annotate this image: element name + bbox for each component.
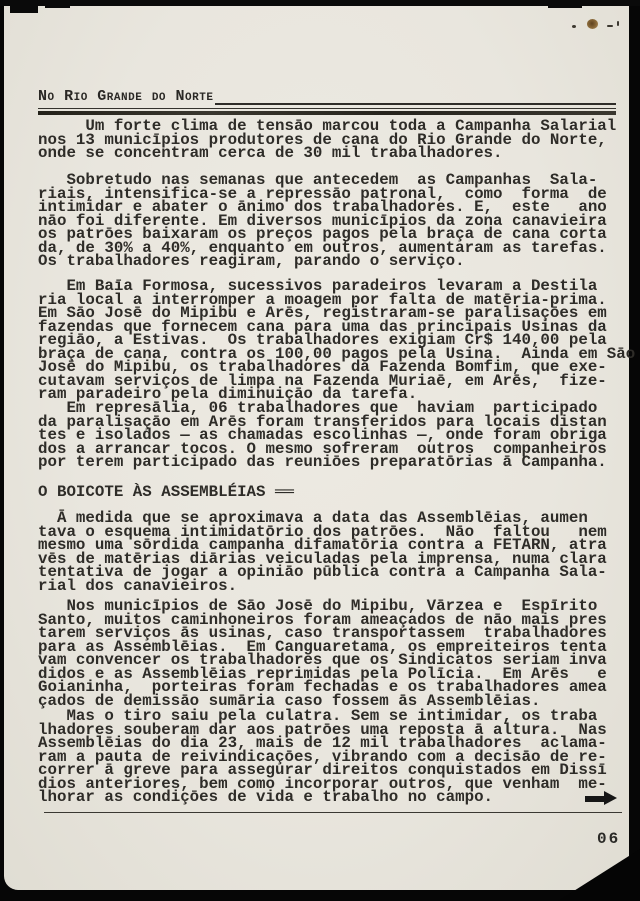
arrow-shaft (585, 796, 604, 802)
scan-edge-top (0, 0, 640, 6)
header-double-rule (38, 108, 616, 115)
scan-speck (607, 25, 613, 27)
document-page: No Rio Grande do Norte Um forte clima de… (4, 6, 629, 890)
scanned-document: { "page": { "title": "No Rio Grande do N… (0, 0, 640, 901)
scan-artifact (45, 0, 70, 8)
page-number: 06 (597, 830, 620, 848)
section-heading: O BOICOTE ÀS ASSEMBLÉIAS ══ (38, 486, 294, 500)
title-underline (215, 103, 616, 105)
page-title: No Rio Grande do Norte (38, 88, 213, 106)
page-header: No Rio Grande do Norte (38, 88, 616, 106)
paragraph-1: Um forte clima de tensāo marcou toda a C… (38, 120, 616, 161)
scan-artifact (548, 0, 582, 8)
scan-speck (572, 25, 576, 28)
scan-artifact (10, 0, 38, 13)
paragraph-3: Em Baīa Formosa, sucessivos paradeiros l… (38, 280, 635, 402)
paragraph-4: Em represālia, 06 trabalhadores que havi… (38, 402, 607, 470)
paragraph-7: Mas o tiro saiu pela culatra. Sem se int… (38, 710, 607, 805)
stain-mark (587, 19, 598, 29)
paragraph-6: Nos municīpios de Sāo Josē do Mipibu, Vā… (38, 600, 607, 708)
paragraph-2: Sobretudo nas semanas que antecedem as C… (38, 174, 607, 269)
scan-speck (617, 21, 619, 26)
arrow-head (604, 791, 617, 805)
next-page-arrow-icon (585, 791, 617, 806)
footer-rule (44, 812, 622, 813)
paragraph-5: Ā medida que se aproximava a data das As… (38, 512, 607, 593)
